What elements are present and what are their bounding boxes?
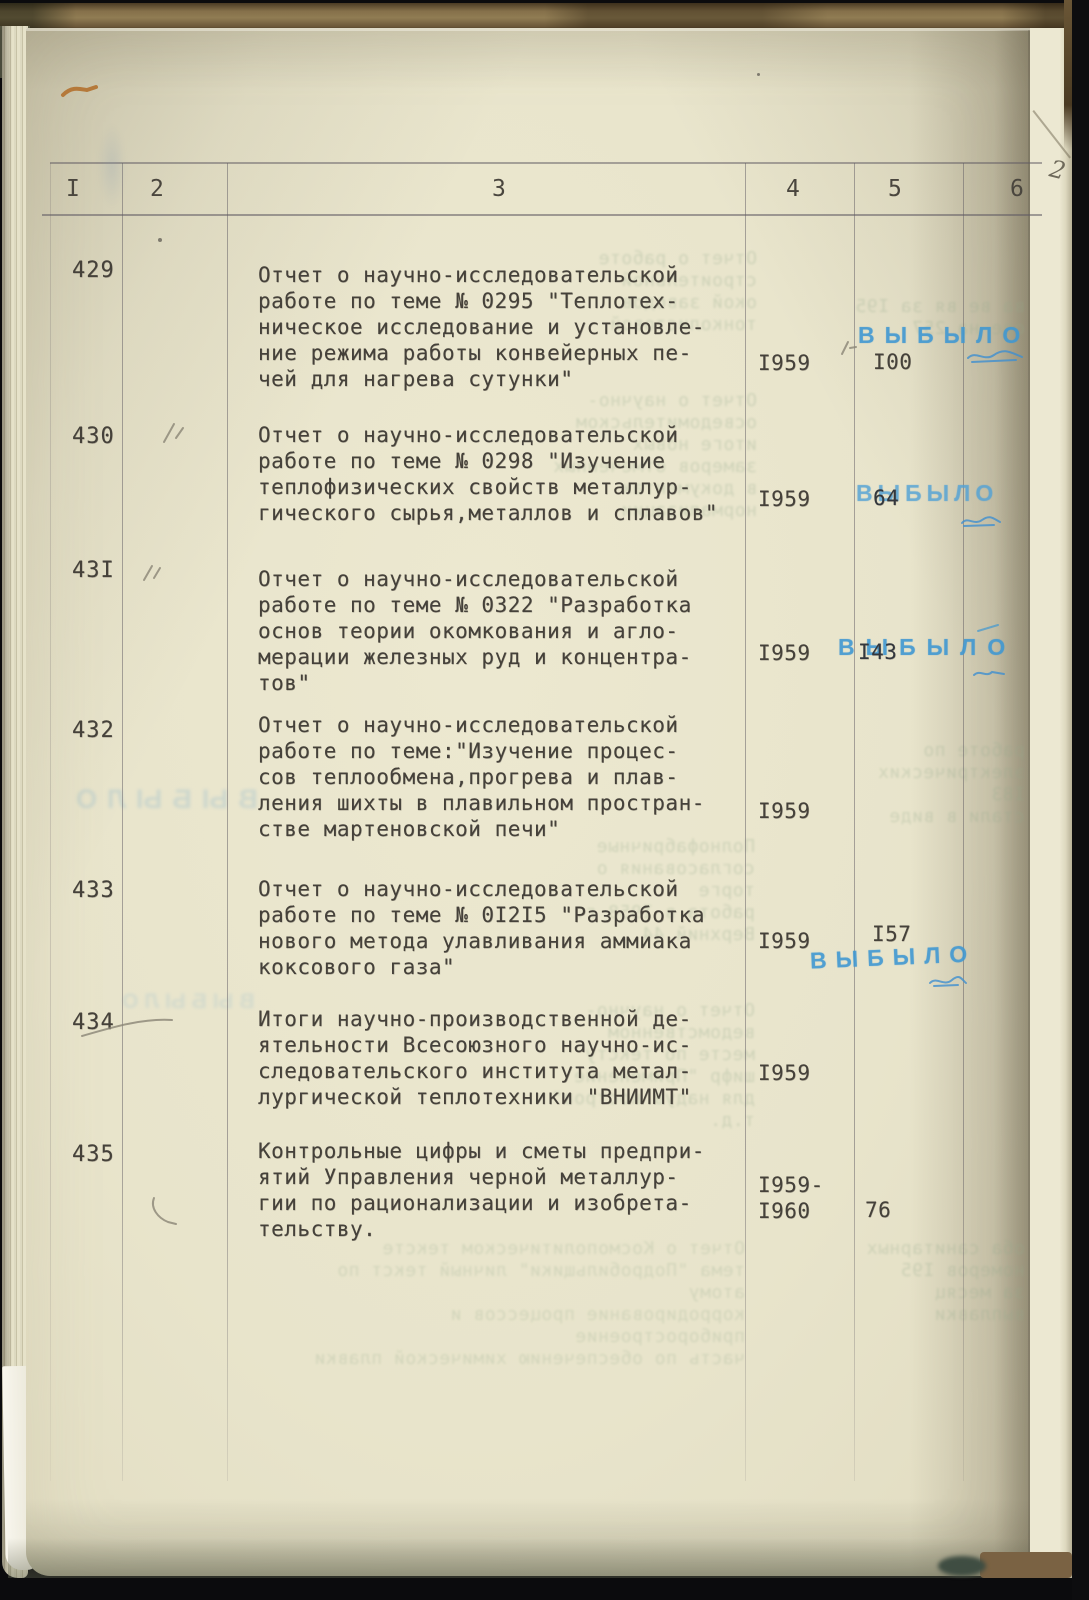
entry-year: I959 bbox=[758, 928, 811, 954]
column-divider bbox=[963, 163, 964, 1481]
pencil-mark bbox=[158, 420, 188, 446]
entry-year: I959 bbox=[758, 1060, 811, 1086]
entry-description: Отчет о научно-исследовательской работе … bbox=[258, 566, 758, 696]
stamp-signature-squiggle bbox=[928, 974, 968, 990]
column-divider bbox=[50, 163, 51, 1481]
entry-page-count: I57 bbox=[872, 922, 911, 946]
pencil-strikethrough bbox=[80, 1012, 176, 1040]
column-divider bbox=[854, 163, 855, 1481]
entry-number: 429 bbox=[72, 258, 115, 283]
column-header-2: 2 bbox=[150, 176, 164, 202]
ink-dot bbox=[158, 238, 162, 242]
bleedthrough-stamp: ВЫБЫЛО bbox=[116, 990, 254, 1014]
entry-description: Итоги научно-производственной де- ятельн… bbox=[258, 1006, 758, 1110]
binding-bottom-right bbox=[980, 1552, 1072, 1578]
bleedthrough-stamp: ВЫБЫЛО bbox=[66, 784, 258, 815]
grid-line-header-bottom bbox=[42, 214, 1042, 216]
stamp-signature-squiggle bbox=[966, 348, 1030, 366]
entry-page-count: 64 bbox=[873, 486, 899, 510]
column-header-4: 4 bbox=[786, 176, 800, 202]
entry-description: Отчет о научно-исследовательской работе … bbox=[258, 262, 758, 392]
scanned-archive-book: { "page": { "number": "2", "header_cols"… bbox=[0, 0, 1089, 1600]
grid-line-top bbox=[50, 162, 1042, 164]
entry-number: 432 bbox=[72, 718, 115, 743]
page-bottom-shadow bbox=[8, 1538, 1030, 1578]
bleedthrough-text: работе по электрических I83 стали в виде bbox=[845, 740, 1025, 828]
stamp-signature-squiggle bbox=[960, 514, 1004, 530]
entry-page-count: I00 bbox=[873, 350, 912, 374]
column-header-3: 3 bbox=[492, 176, 506, 202]
page-stack-left-edge bbox=[2, 26, 28, 1578]
orange-crayon-mark bbox=[60, 78, 100, 102]
column-divider bbox=[227, 163, 228, 1481]
binding-tape-top bbox=[0, 3, 1089, 30]
page-top-edge-highlight bbox=[26, 28, 1030, 31]
entry-year: I959 bbox=[758, 350, 811, 376]
next-page-edge bbox=[1030, 28, 1072, 1578]
entry-year: I959 bbox=[758, 640, 811, 666]
ink-dot bbox=[757, 73, 760, 76]
entry-page-count: I43 bbox=[858, 640, 897, 664]
column-header-5: 5 bbox=[888, 176, 902, 202]
entry-description: Отчет о научно-исследовательской работе … bbox=[258, 422, 758, 526]
binding-bottom-right-dark bbox=[938, 1556, 986, 1576]
entry-number: 435 bbox=[72, 1142, 115, 1167]
entry-year: I959- I960 bbox=[758, 1172, 824, 1224]
pencil-mark bbox=[140, 562, 166, 584]
entry-description: Отчет о научно-исследовательской работе … bbox=[258, 712, 758, 842]
vybylo-stamp: ВЫБЫЛО bbox=[858, 322, 1030, 349]
bleedthrough-text: оба санитарных номеров I95 за месяц выпл… bbox=[845, 1238, 1025, 1326]
entry-number: 433 bbox=[72, 878, 115, 903]
entry-page-count: 76 bbox=[865, 1198, 891, 1222]
stamp-signature-squiggle bbox=[972, 666, 1008, 682]
entry-number: 43I bbox=[72, 558, 115, 583]
pencil-mark bbox=[148, 1196, 180, 1230]
entry-year: I959 bbox=[758, 798, 811, 824]
bleedthrough-text: Отчет о Космополитическом тексте тема "П… bbox=[300, 1238, 745, 1370]
pencil-mark bbox=[834, 338, 858, 358]
entry-description: Отчет о научно-исследовательской работе … bbox=[258, 876, 758, 980]
column-divider bbox=[122, 163, 123, 1481]
column-header-1: I bbox=[66, 176, 80, 202]
entry-description: Контрольные цифры и сметы предпри- ятий … bbox=[258, 1138, 758, 1242]
entry-number: 430 bbox=[72, 424, 115, 449]
column-header-6: 6 bbox=[1010, 176, 1024, 202]
stamp-pen-dash bbox=[976, 622, 1002, 634]
ink-smudge bbox=[98, 124, 126, 208]
binding-right-dark bbox=[1072, 0, 1089, 1600]
entry-year: I959 bbox=[758, 486, 811, 512]
